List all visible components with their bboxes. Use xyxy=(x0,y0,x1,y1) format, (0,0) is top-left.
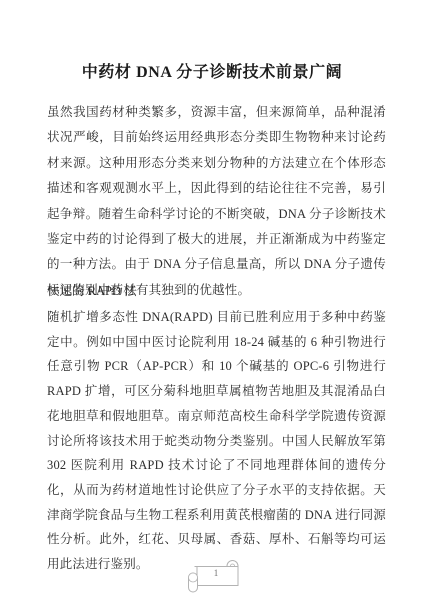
intro-paragraph: 虽然我国药材种类繁多，资源丰富，但来源简单，品种混淆状况严峻，目前始终运用经典形… xyxy=(47,100,386,303)
page-number: 1 xyxy=(194,568,238,578)
page-number-footer: 1 xyxy=(186,558,242,594)
section-heading-rapd: 快速的 RAPD 法 xyxy=(47,282,386,300)
section-body-rapd: 随机扩增多态性 DNA(RAPD) 目前已胜利应用于多种中药鉴定中。例如中国中医… xyxy=(47,305,386,577)
document-page: 中药材 DNA 分子诊断技术前景广阔 虽然我国药材种类繁多，资源丰富，但来源简单… xyxy=(0,0,424,600)
document-title: 中药材 DNA 分子诊断技术前景广阔 xyxy=(0,59,424,82)
